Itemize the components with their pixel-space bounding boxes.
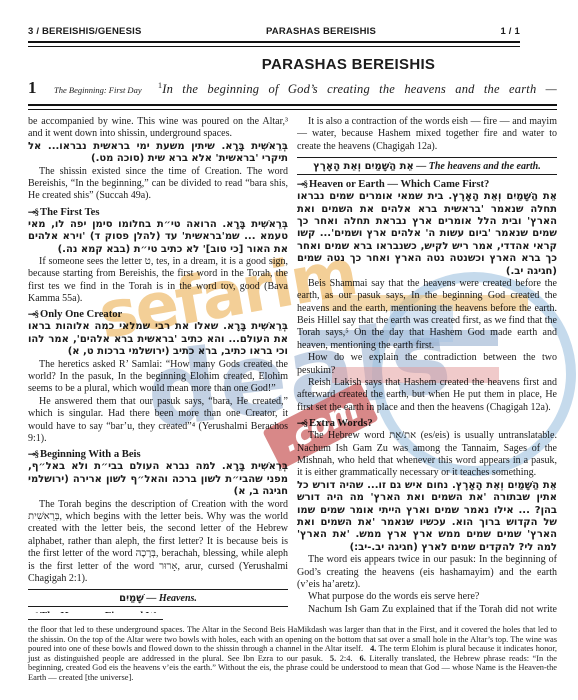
right-column: It is also a contraction of the words ei… bbox=[297, 116, 557, 613]
column-subheader: אֵת הַשָּׁמַיִם וְאֵת הָאָרֶץ — The heav… bbox=[297, 157, 557, 175]
hebrew-paragraph: בְּרֵאשִׁית בָּרָא. למה נברא העולם בבי״ת… bbox=[28, 461, 288, 498]
left-column: be accompanied by wine. This wine was po… bbox=[28, 116, 288, 613]
section-heading-label: Extra Words? bbox=[309, 418, 373, 429]
footnote-number: 4. bbox=[370, 644, 376, 653]
section-heading-label: Beginning With a Beis bbox=[40, 449, 141, 460]
section-heading: ⊸§Extra Words? bbox=[297, 418, 557, 429]
footnote-text: 2:4. bbox=[340, 654, 353, 663]
column-subheader: שָׁמַיִם — Heavens. bbox=[28, 589, 288, 607]
hebrew-paragraph: אֵת הַשָּׁמַיִם וְאֵת הָאָרֶץ. נחום איש … bbox=[297, 480, 557, 554]
english-paragraph: Beis Shammai say that the heavens were c… bbox=[297, 278, 557, 352]
english-paragraph: How do we explain the contradiction betw… bbox=[297, 352, 557, 377]
subheader-hebrew: שָׁמַיִם bbox=[119, 593, 144, 604]
section-heading: ⊸§Beginning With a Beis bbox=[28, 449, 288, 460]
english-paragraph: What purpose do the words eis serve here… bbox=[297, 591, 557, 603]
verse-translation: In the beginning of God’s creating the h… bbox=[162, 82, 557, 96]
section-ornament-icon: ⊸§ bbox=[28, 611, 38, 613]
english-paragraph: The Torah begins the description of Crea… bbox=[28, 499, 288, 586]
hebrew-paragraph: אֵת הַשָּׁמַיִם וְאֵת הָאָרֶץ. בית שמאי … bbox=[297, 191, 557, 278]
english-paragraph: If someone sees the letter ט, tes, in a … bbox=[28, 256, 288, 306]
section-heading-label: The First Tes bbox=[40, 207, 99, 218]
hebrew-paragraph: בְּרֵאשִׁית בָּרָא. שיתין משעת ימי בראשי… bbox=[28, 141, 288, 166]
english-paragraph: He answered them that our pasuk says, “b… bbox=[28, 396, 288, 446]
footnote-number: 5. bbox=[330, 654, 336, 663]
english-paragraph: Reish Lakish says that Hashem created th… bbox=[297, 377, 557, 414]
section-heading: ⊸§The First Tes bbox=[28, 207, 288, 218]
section-heading-label: Only One Creator bbox=[40, 309, 122, 320]
verse-caption: The Beginning: First Day bbox=[54, 85, 158, 95]
subheader-hebrew: אֵת הַשָּׁמַיִם וְאֵת הָאָרֶץ bbox=[313, 161, 413, 172]
english-paragraph: The Hebrew word את/אֵת (es/eis) is usual… bbox=[297, 430, 557, 480]
section-ornament-icon: ⊸§ bbox=[28, 309, 38, 319]
page-content: 3 / BEREISHIS/GENESIS PARASHAS BEREISHIS… bbox=[0, 0, 578, 682]
book-page: 3 / BEREISHIS/GENESIS PARASHAS BEREISHIS… bbox=[0, 0, 578, 700]
header-rule bbox=[28, 41, 520, 47]
english-paragraph: It is also a contraction of the words ei… bbox=[297, 116, 557, 153]
running-header-page-number: 1 / 1 bbox=[500, 26, 520, 37]
subheader-english: — The heavens and the earth. bbox=[416, 161, 540, 172]
section-heading: ⊸§Heaven or Earth — Which Came First? bbox=[297, 179, 557, 190]
verse-text: 1In the beginning of God’s creating the … bbox=[158, 81, 557, 97]
section-heading: ⊸§Only One Creator bbox=[28, 309, 288, 320]
subheader-english: — Heavens. bbox=[146, 593, 197, 604]
section-ornament-icon: ⊸§ bbox=[28, 207, 38, 217]
english-paragraph: Nachum Ish Gam Zu explained that if the … bbox=[297, 604, 557, 613]
running-header: 3 / BEREISHIS/GENESIS PARASHAS BEREISHIS… bbox=[28, 26, 520, 37]
section-heading-label: Heaven or Earth — Which Came First? bbox=[309, 179, 489, 190]
footnotes: the floor that led to these underground … bbox=[28, 625, 557, 682]
commentary-columns: be accompanied by wine. This wine was po… bbox=[28, 116, 557, 613]
english-paragraph: The heretics asked R’ Samlai: “How many … bbox=[28, 359, 288, 396]
section-heading-label: The Heavens: Fire and Water bbox=[40, 611, 174, 613]
hebrew-paragraph: בְּרֵאשִׁית בָּרָא. הרואה טי״ת בחלומו סי… bbox=[28, 219, 288, 256]
running-header-center: PARASHAS BEREISHIS bbox=[266, 26, 376, 37]
section-ornament-icon: ⊸§ bbox=[297, 179, 307, 189]
english-paragraph: The word eis appears twice in our pasuk:… bbox=[297, 554, 557, 591]
section-heading: ⊸§The Heavens: Fire and Water bbox=[28, 611, 288, 613]
chapter-number: 1 bbox=[28, 78, 54, 98]
section-ornament-icon: ⊸§ bbox=[297, 418, 307, 428]
footnote-separator bbox=[28, 619, 163, 620]
parashah-title: PARASHAS BEREISHIS bbox=[28, 56, 557, 73]
running-header-left: 3 / BEREISHIS/GENESIS bbox=[28, 26, 141, 37]
hebrew-paragraph: בְּרֵאשִׁית בָּרָא. שאלו את רבי שמלאי כמ… bbox=[28, 321, 288, 358]
verse-rule bbox=[28, 104, 557, 110]
footnote-number: 6. bbox=[360, 654, 366, 663]
section-ornament-icon: ⊸§ bbox=[28, 449, 38, 459]
english-paragraph: be accompanied by wine. This wine was po… bbox=[28, 116, 288, 141]
english-paragraph: The shissin existed since the time of Cr… bbox=[28, 166, 288, 203]
verse-row: 1 The Beginning: First Day 1In the begin… bbox=[28, 78, 557, 98]
